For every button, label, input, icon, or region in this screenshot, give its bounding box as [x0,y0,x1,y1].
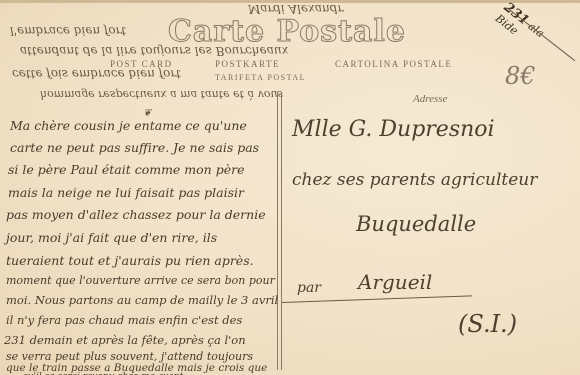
mirrored-line: cette fois embrace bien fort [12,67,181,81]
price-mark: 8€ [505,62,536,90]
mirrored-line: l'embrace bien fort [10,24,126,38]
message-line: pas moyen d'allez chassez pour la dernie [6,207,266,222]
mirrored-line: Mardi Alexandr [248,2,343,16]
message-line: moi. Nous partons au camp de mailly le 3… [6,293,278,307]
message-line: 231 demain et après la fête, après ça l'… [4,333,246,347]
address-line-3: Buquedalle [356,212,476,236]
lang-postkarte: POSTKARTE [215,59,280,69]
message-line: il n'y fera pas chaud mais enfin c'est d… [6,313,242,327]
address-par: par [297,280,321,296]
center-divider [277,92,282,370]
message-line: carte ne peut pas suffire. Je ne sais pa… [10,140,259,155]
corner-note: 231 ala Bide [493,0,565,65]
message-line: si le père Paul était comme mon père [8,162,244,177]
address-line-5: (S.I.) [458,310,517,338]
message-line: mais la neige ne lui faisait pas plaisir [8,185,244,200]
postcard-back: 231 ala Bide Carte Postale POST CARD POS… [0,0,580,375]
tarifeta-subtitle: TARIFETA POSTAL [215,73,306,82]
message-line: jour, moi j'ai fait que d'en rire, ils [6,230,217,245]
message-line: moment que l'ouverture arrive ce sera bo… [6,274,275,287]
address-underline [282,295,472,303]
address-label: Adresse [413,93,447,105]
lang-cartolina: CARTOLINA POSTALE [335,59,452,69]
address-line-4: Argueil [358,270,432,294]
message-line: Ma chère cousin je entame ce qu'une [10,118,247,133]
message-line: tueraient tout et j'aurais pu rien après… [6,253,254,268]
mirrored-line: attendant de la lire toujours les Bourch… [20,44,288,58]
recipient-name: Mlle G. Dupresnoi [292,117,495,142]
mirrored-line: hommage respectueux a ma tante et à vous [40,88,283,101]
address-line-2: chez ses parents agriculteur [292,170,537,190]
